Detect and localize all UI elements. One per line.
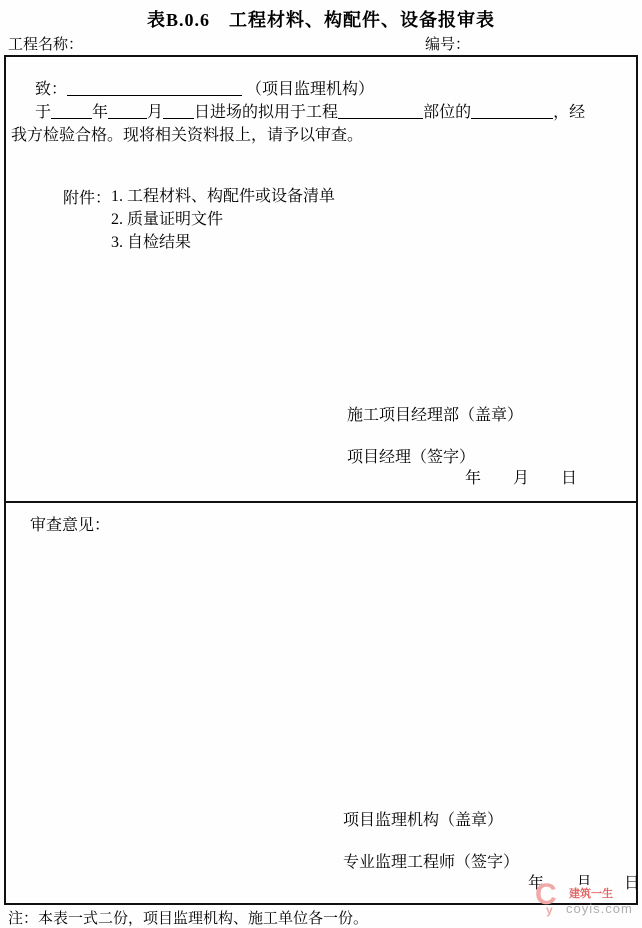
attachments-block: 附件： 1. 工程材料、构配件或设备清单 2. 质量证明文件 3. 自检结果	[63, 185, 335, 254]
to-suffix: （项目监理机构）	[246, 81, 374, 98]
inspection-statement: 我方检验合格。现将相关资料报上，请予以审查。	[11, 122, 363, 145]
attachments-list: 1. 工程材料、构配件或设备清单 2. 质量证明文件 3. 自检结果	[111, 185, 335, 254]
attachment-item: 2. 质量证明文件	[111, 208, 335, 231]
blank-month	[108, 104, 147, 119]
blank-location	[338, 104, 423, 119]
blank-material	[471, 104, 553, 119]
review-opinion-label: 审查意见：	[30, 512, 110, 535]
blank-year	[51, 104, 92, 119]
date-statement-line: 于年月日进场的拟用于工程部位的，经	[35, 99, 585, 122]
seg-arrival: 日进场的拟用于工程	[194, 104, 338, 121]
attachments-label: 附件：	[63, 185, 111, 254]
watermark-logo-tail-icon: y	[546, 903, 553, 917]
to-label: 致：	[35, 81, 67, 98]
attachment-item: 3. 自检结果	[111, 231, 335, 254]
blank-day	[163, 104, 194, 119]
seg-yu: 于	[35, 104, 51, 121]
supervision-org-seal-label: 项目监理机构（盖章）	[343, 807, 503, 830]
to-line: 致： （项目监理机构）	[35, 76, 374, 99]
attachment-item: 1. 工程材料、构配件或设备清单	[111, 185, 335, 208]
seg-year: 年	[92, 104, 108, 121]
section-divider	[6, 501, 636, 503]
blank-supervision-org	[67, 81, 242, 96]
watermark: C y 建筑一生 coyis.com	[533, 879, 641, 921]
form-title: 表B.0.6 工程材料、构配件、设备报审表	[0, 6, 642, 32]
seg-position: 部位的	[423, 104, 471, 121]
seg-month: 月	[147, 104, 163, 121]
supervision-engineer-signature-label: 专业监理工程师（签字）	[343, 849, 519, 872]
number-label: 编号：	[425, 33, 470, 54]
watermark-site-name: 建筑一生	[567, 885, 615, 902]
seg-jing: ，经	[553, 104, 585, 121]
watermark-domain: coyis.com	[566, 901, 633, 916]
contractor-date-line: 年 月 日	[465, 465, 577, 488]
form-border-box: 致： （项目监理机构） 于年月日进场的拟用于工程部位的，经 我方检验合格。现将相…	[4, 55, 638, 905]
project-manager-signature-label: 项目经理（签字）	[347, 444, 475, 467]
footer-note: 注：本表一式二份，项目监理机构、施工单位各一份。	[8, 907, 368, 928]
project-name-label: 工程名称：	[8, 33, 83, 54]
contractor-org-seal-label: 施工项目经理部（盖章）	[347, 402, 523, 425]
form-document: 表B.0.6 工程材料、构配件、设备报审表 工程名称： 编号： 致： （项目监理…	[0, 0, 642, 928]
